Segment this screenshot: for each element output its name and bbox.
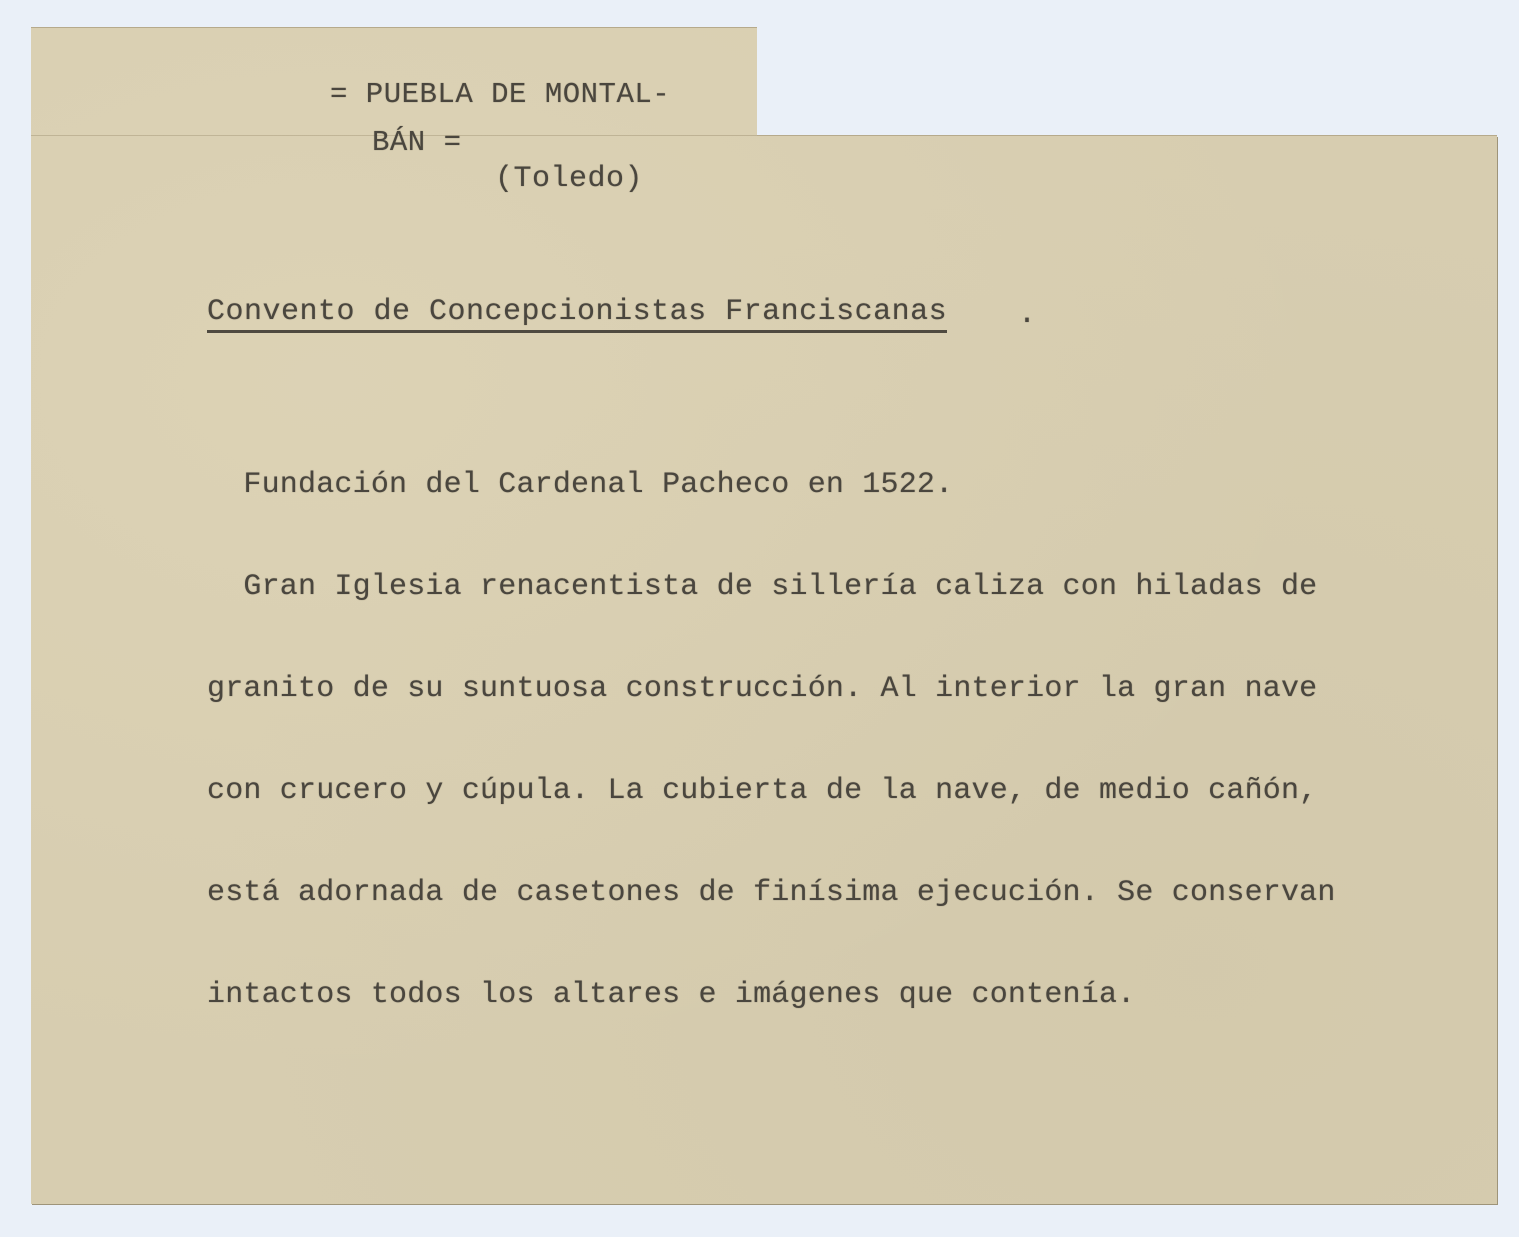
province-label: (Toledo) xyxy=(495,162,643,196)
title-period: . xyxy=(1018,298,1037,332)
description-paragraph: Fundación del Cardenal Pacheco en 1522. … xyxy=(207,400,1336,1080)
body-line: intactos todos los altares e imágenes qu… xyxy=(207,978,1336,1012)
index-card: = PUEBLA DE MONTAL- BÁN = (Toledo) Conve… xyxy=(0,0,1519,1237)
body-line: granito de su suntuosa construcción. Al … xyxy=(207,672,1336,706)
body-line: Fundación del Cardenal Pacheco en 1522. xyxy=(207,468,1336,502)
body-line: Gran Iglesia renacentista de sillería ca… xyxy=(207,570,1336,604)
place-heading-line2: BÁN = xyxy=(372,126,462,159)
body-line: con crucero y cúpula. La cubierta de la … xyxy=(207,774,1336,808)
body-line: está adornada de casetones de finísima e… xyxy=(207,876,1336,910)
document-title: Convento de Concepcionistas Franciscanas xyxy=(207,295,947,333)
place-heading-line1: = PUEBLA DE MONTAL- xyxy=(330,78,670,111)
